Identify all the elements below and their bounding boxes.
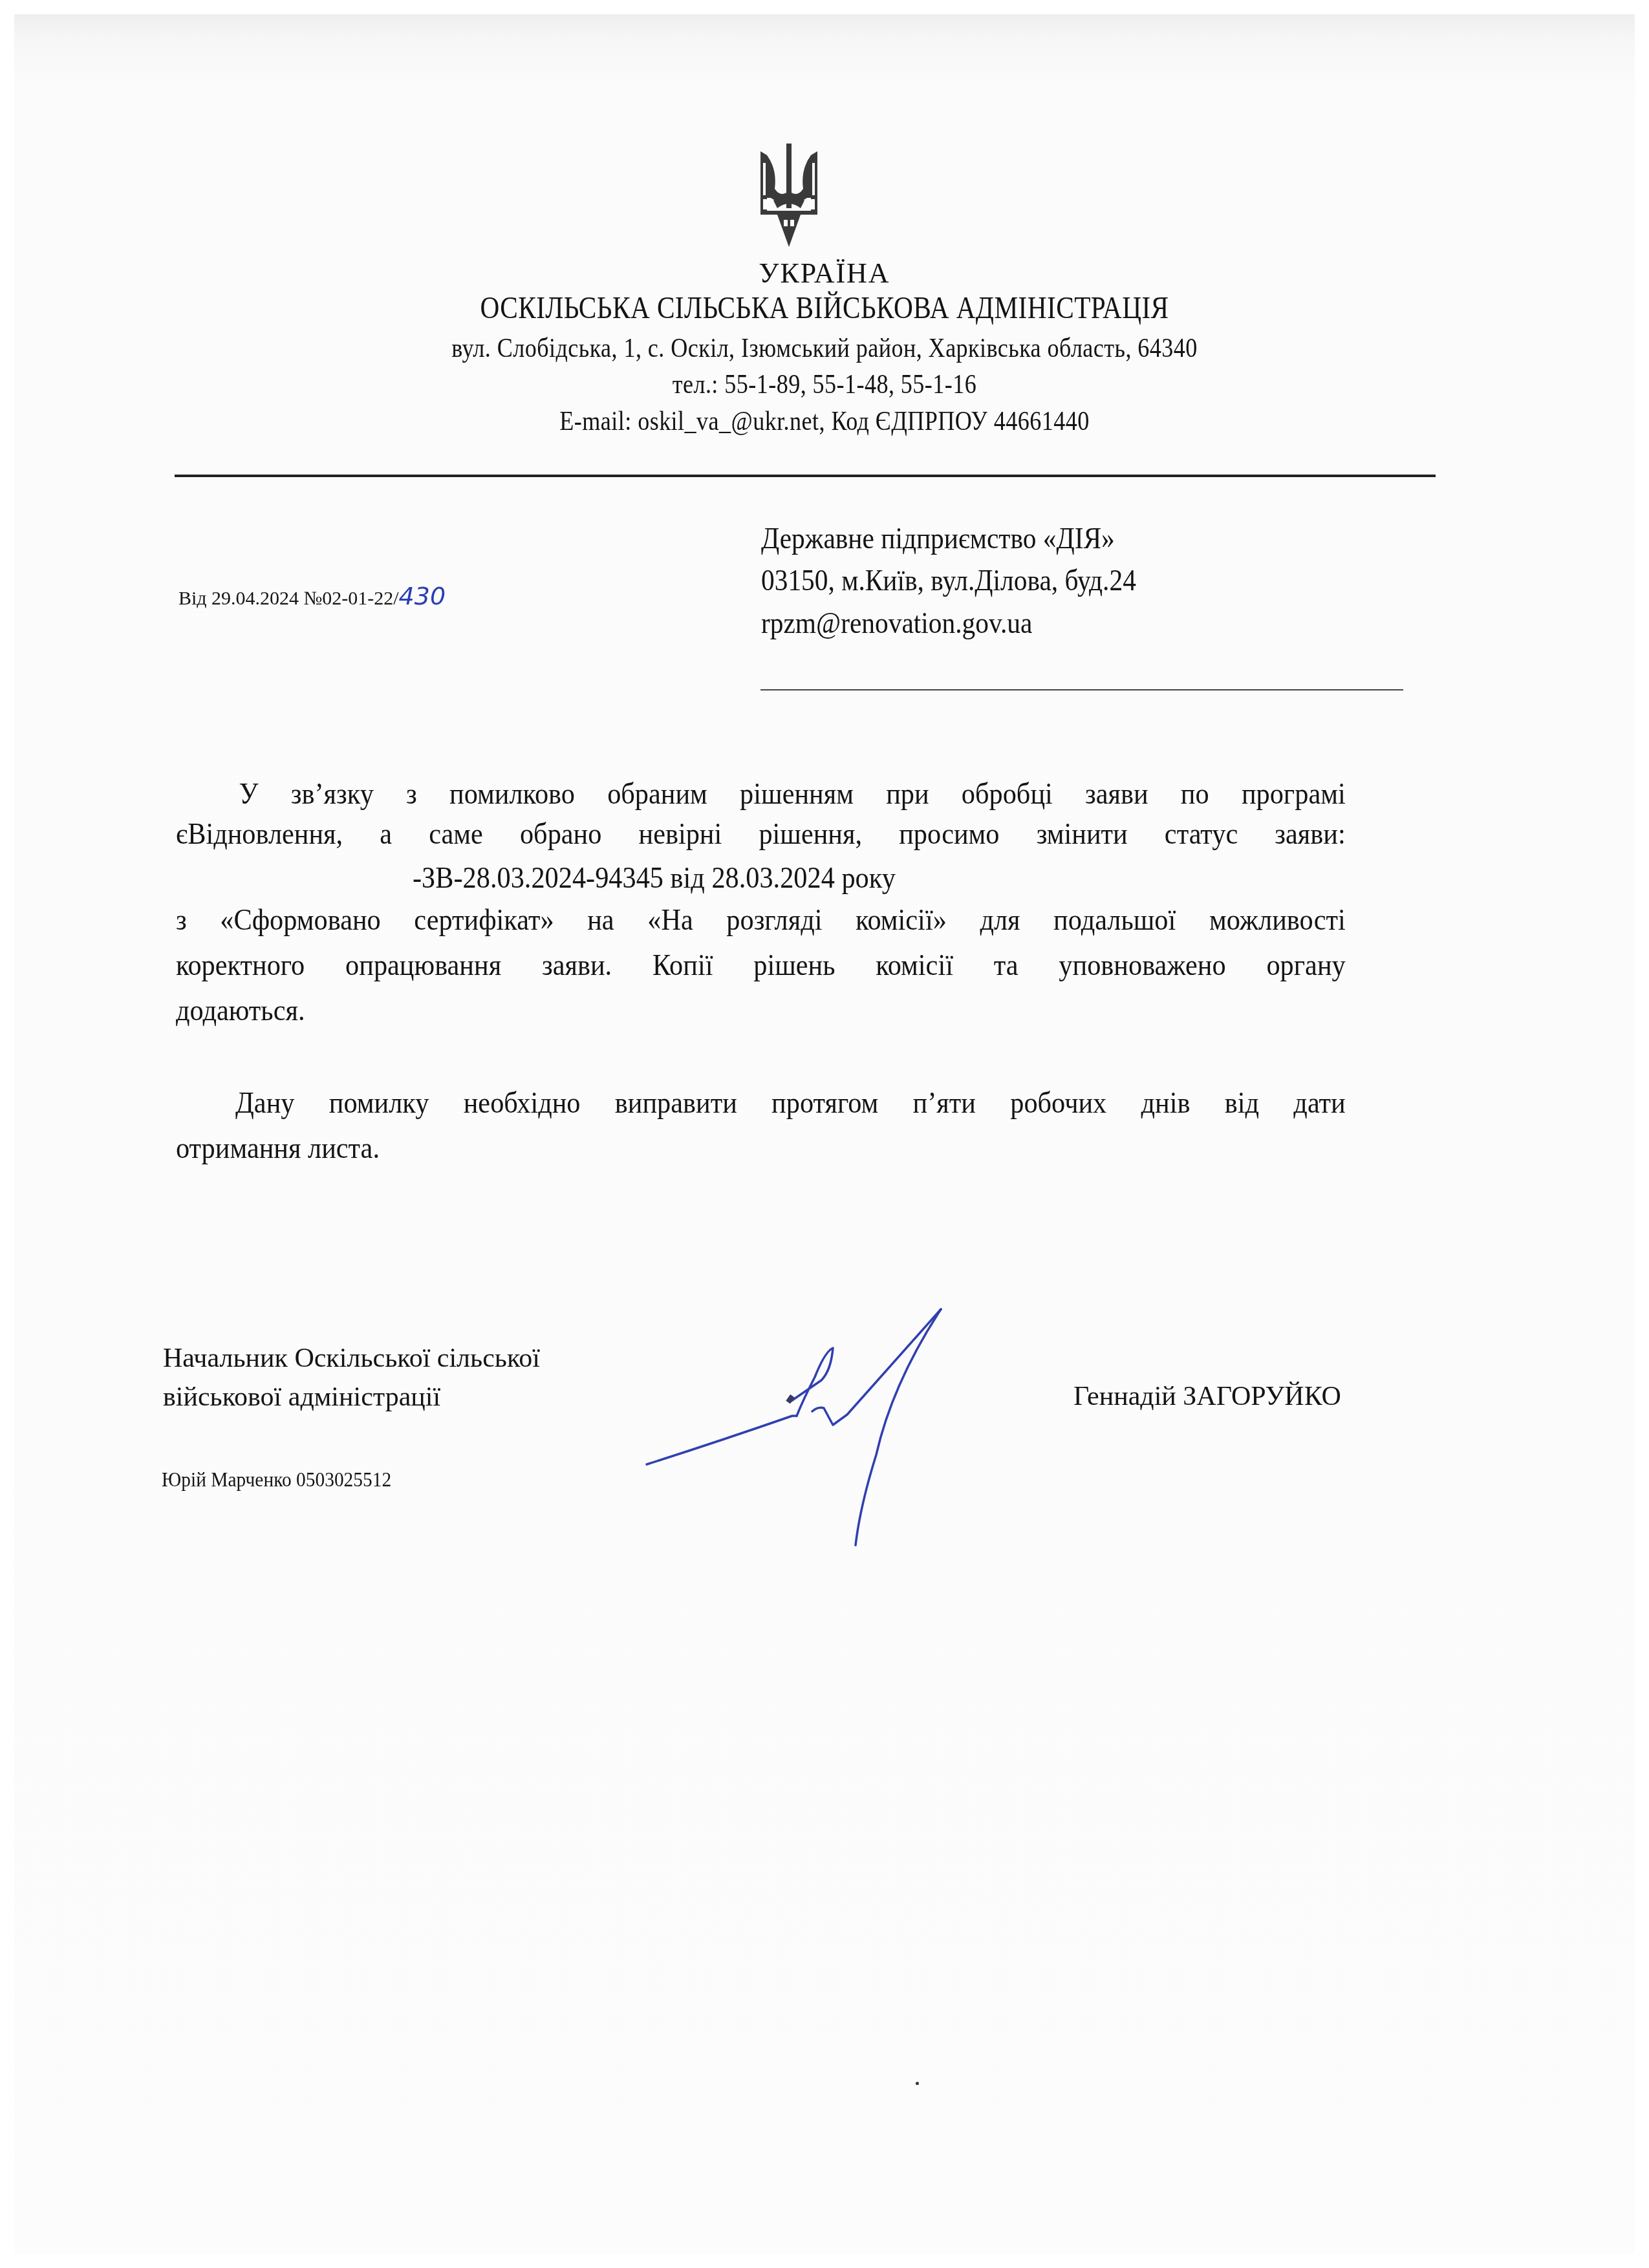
- trident-coat-of-arms-icon: [758, 144, 820, 247]
- body-line: додаються.: [176, 992, 1346, 1029]
- handwritten-signature-icon: [634, 1287, 1022, 1578]
- outgoing-reference-printed: Від 29.04.2024 №02-01-22/: [178, 588, 399, 609]
- letterhead-divider: [175, 475, 1436, 477]
- scan-speck: [916, 2082, 919, 2085]
- recipient-email: rpzm@renovation.gov.ua: [761, 604, 1032, 643]
- letterhead-phones: тел.: 55-1-89, 55-1-48, 55-1-16: [116, 369, 1534, 401]
- contact-person: Юрій Марченко 0503025512: [162, 1468, 391, 1492]
- signer-name: Геннадій ЗАГОРУЙКО: [1073, 1381, 1341, 1412]
- body-line: коректного опрацювання заяви. Копії ріше…: [176, 947, 1346, 983]
- body-line: отримання листа.: [176, 1130, 1346, 1166]
- outgoing-reference-handwritten-number: 430: [399, 582, 446, 610]
- letterhead-organization: ОСКІЛЬСЬКА СІЛЬСЬКА ВІЙСЬКОВА АДМІНІСТРА…: [116, 292, 1534, 325]
- recipient-divider: [760, 689, 1403, 690]
- signer-title-line-2: військової адміністрації: [163, 1378, 440, 1416]
- letterhead-email-code: E-mail: oskil_va_@ukr.net, Код ЄДПРПОУ 4…: [116, 405, 1534, 438]
- recipient-name: Державне підприємство «ДІЯ»: [761, 519, 1115, 558]
- body-line: У зв’язку з помилково обраним рішенням п…: [176, 776, 1346, 812]
- body-line: Дану помилку необхідно виправити протяго…: [176, 1085, 1346, 1121]
- recipient-address: 03150, м.Київ, вул.Ділова, буд.24: [761, 561, 1136, 600]
- letterhead-address: вул. Слобідська, 1, с. Оскіл, Ізюмський …: [116, 332, 1534, 365]
- letterhead-country: УКРАЇНА: [0, 257, 1649, 290]
- signer-title-line-1: Начальник Оскільської сільської: [163, 1340, 540, 1377]
- body-line: з «Сформовано сертифікат» на «На розгляд…: [176, 902, 1346, 938]
- body-line: єВідновлення, а саме обрано невірні ріше…: [176, 816, 1346, 852]
- application-id-line: -ЗВ-28.03.2024-94345 від 28.03.2024 року: [413, 860, 896, 896]
- outgoing-reference: Від 29.04.2024 №02-01-22/430: [178, 582, 446, 610]
